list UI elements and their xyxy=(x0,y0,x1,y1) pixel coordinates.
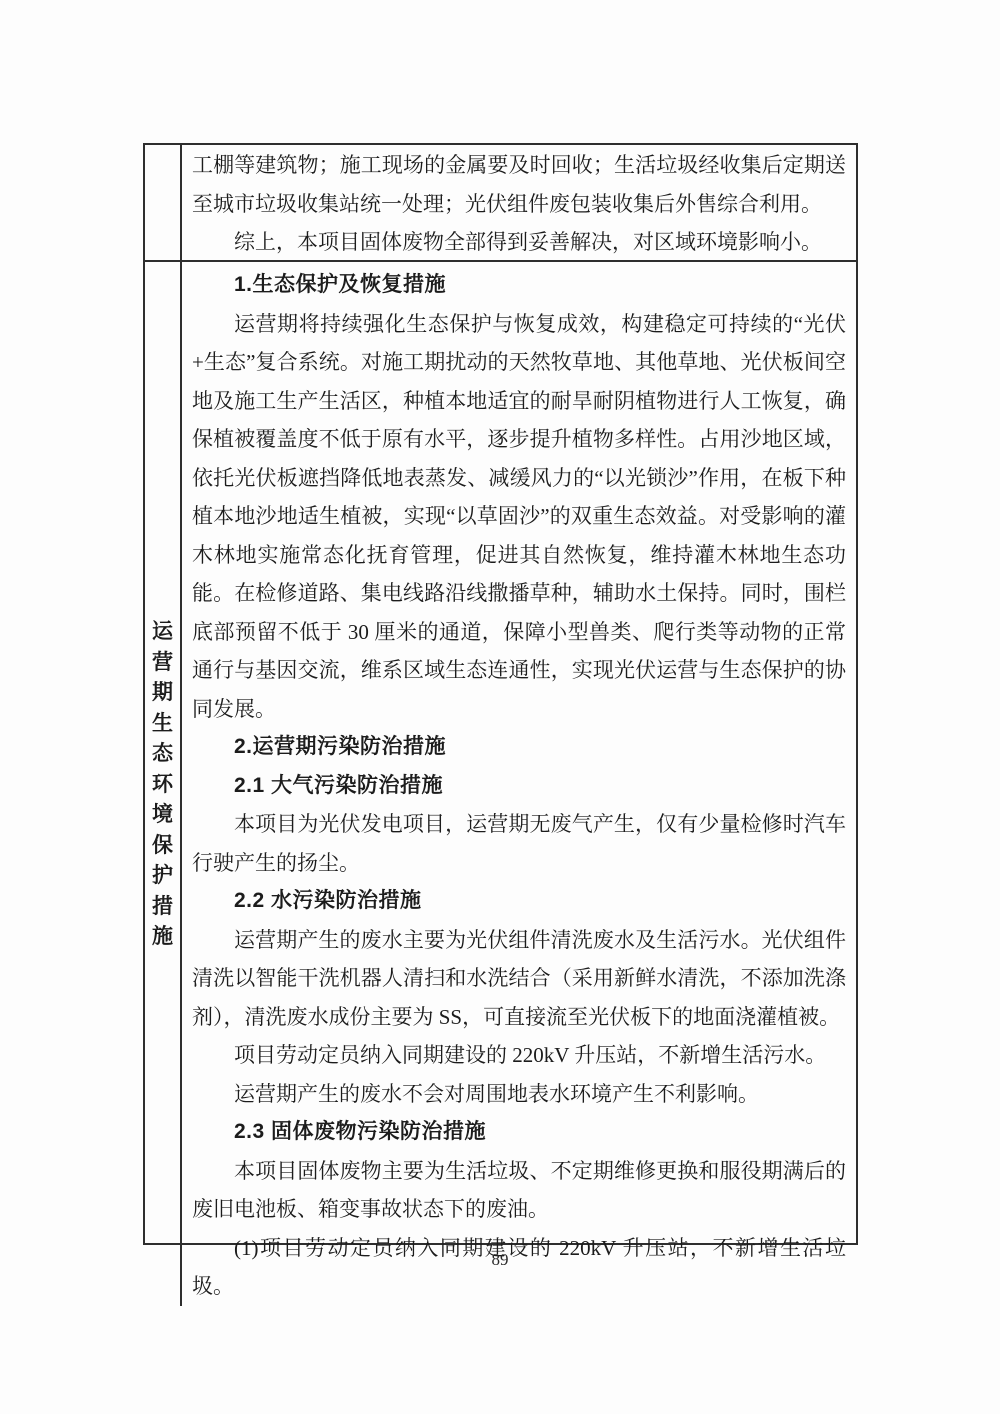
section-heading: 2.2 水污染防治措施 xyxy=(192,882,846,921)
section-heading: 1.生态保护及恢复措施 xyxy=(192,266,846,305)
section-heading: 2.1 大气污染防治措施 xyxy=(192,767,846,806)
table-row: 工棚等建筑物；施工现场的金属要及时回收；生活垃圾经收集后定期送至城市垃圾收集站统… xyxy=(145,145,856,262)
body-paragraph: 运营期产生的废水主要为光伏组件清洗废水及生活污水。光伏组件清洗以智能干洗机器人清… xyxy=(192,921,846,1037)
vertical-header-label: 运营期生态环境保护措施 xyxy=(151,616,174,952)
section-heading: 2.运营期污染防治措施 xyxy=(192,728,846,767)
body-paragraph: 本项目为光伏发电项目，运营期无废气产生，仅有少量检修时汽车行驶产生的扬尘。 xyxy=(192,805,846,882)
body-paragraph: 综上，本项目固体废物全部得到妥善解决，对区域环境影响小。 xyxy=(192,223,846,260)
body-paragraph: 工棚等建筑物；施工现场的金属要及时回收；生活垃圾经收集后定期送至城市垃圾收集站统… xyxy=(192,146,846,223)
body-paragraph: 运营期将持续强化生态保护与恢复成效，构建稳定可持续的“光伏+生态”复合系统。对施… xyxy=(192,305,846,729)
page-number: 89 xyxy=(0,1250,1000,1270)
body-paragraph: 项目劳动定员纳入同期建设的 220kV 升压站，不新增生活污水。 xyxy=(192,1036,846,1075)
table-row: 运营期生态环境保护措施 1.生态保护及恢复措施运营期将持续强化生态保护与恢复成效… xyxy=(145,262,856,1306)
content-cell: 工棚等建筑物；施工现场的金属要及时回收；生活垃圾经收集后定期送至城市垃圾收集站统… xyxy=(182,145,856,260)
row-header-cell xyxy=(145,145,182,260)
content-table: 工棚等建筑物；施工现场的金属要及时回收；生活垃圾经收集后定期送至城市垃圾收集站统… xyxy=(143,143,858,1245)
section-heading: 2.3 固体废物污染防治措施 xyxy=(192,1113,846,1152)
row-header-cell: 运营期生态环境保护措施 xyxy=(145,262,182,1306)
content-cell: 1.生态保护及恢复措施运营期将持续强化生态保护与恢复成效，构建稳定可持续的“光伏… xyxy=(182,262,856,1306)
document-page: { "page": { "number": "89" }, "table": {… xyxy=(0,0,1000,1414)
body-paragraph: 本项目固体废物主要为生活垃圾、不定期维修更换和服役期满后的废旧电池板、箱变事故状… xyxy=(192,1152,846,1229)
body-paragraph: 运营期产生的废水不会对周围地表水环境产生不利影响。 xyxy=(192,1075,846,1114)
